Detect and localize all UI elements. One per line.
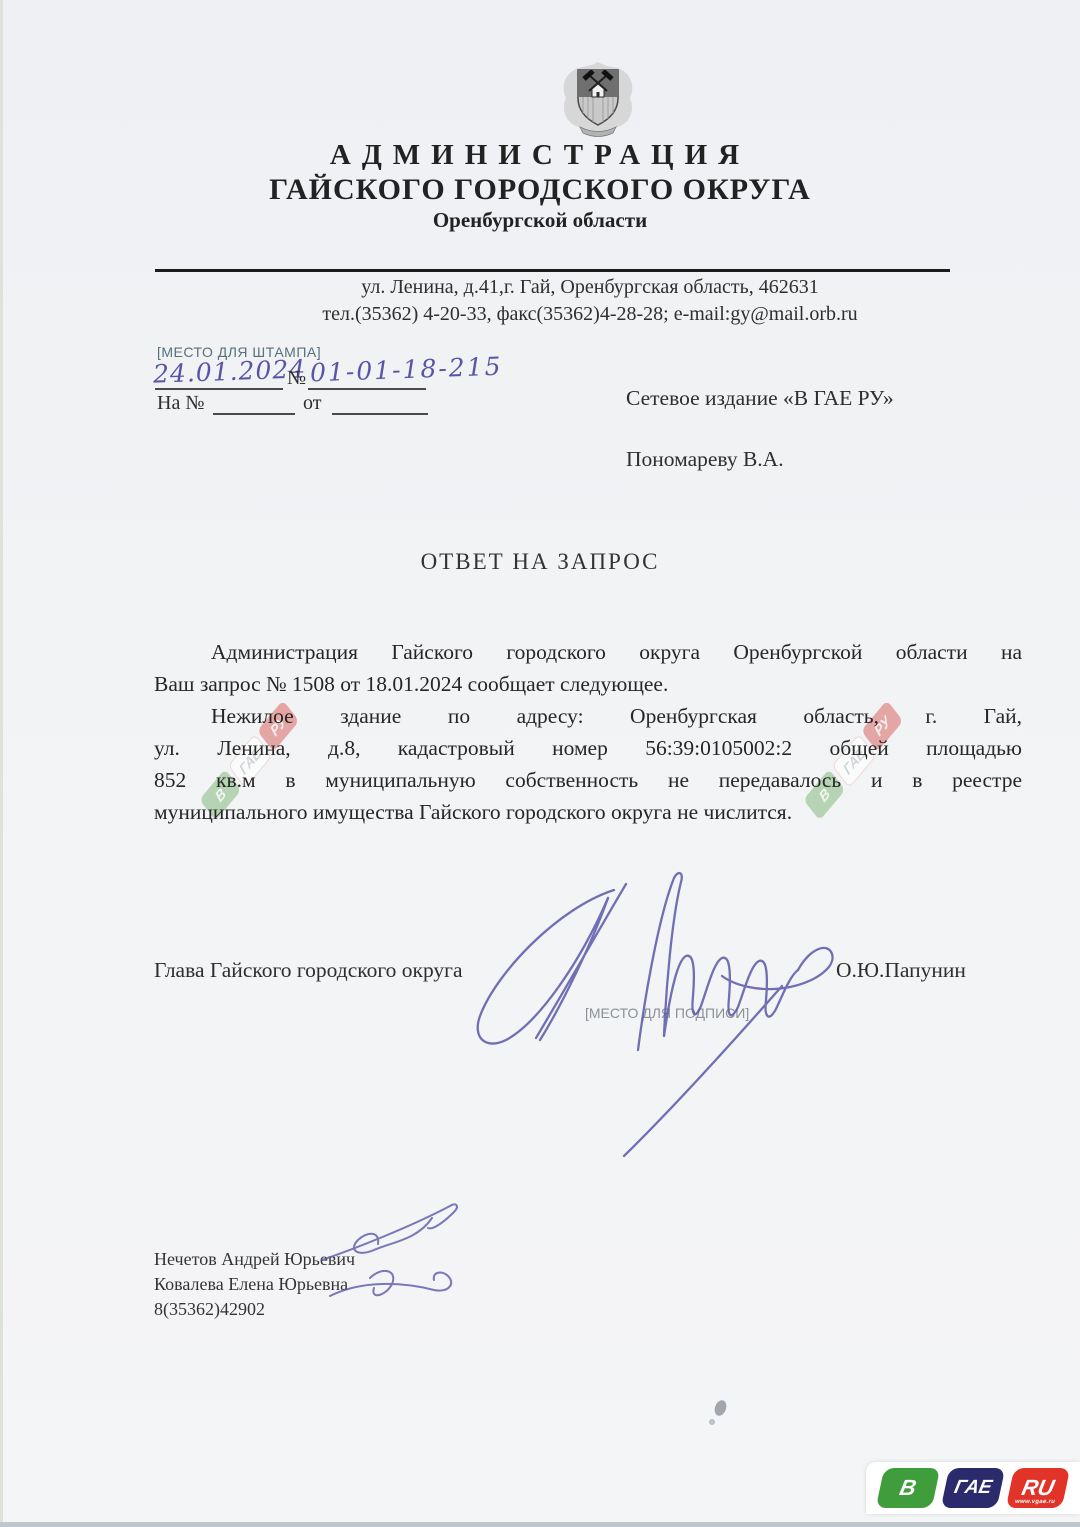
signer-name: О.Ю.Папунин (836, 958, 966, 983)
site-logo-block-ru: RU www.vgae.ru (1006, 1468, 1071, 1508)
recipient-person: Пономареву В.А. (626, 447, 784, 472)
body-paragraph1-line2: Ваш запрос № 1508 от 18.01.2024 сообщает… (154, 668, 1022, 700)
document-title: ОТВЕТ НА ЗАПРОС (0, 549, 1080, 575)
site-logo-ru-label: RU (1019, 1475, 1056, 1501)
scanned-letter-page: АДМИНИСТРАЦИЯ ГАЙСКОГО ГОРОДСКОГО ОКРУГА… (0, 0, 1080, 1527)
scan-speck (713, 1399, 729, 1418)
body-paragraph2-line1: Нежилое здание по адресу: Оренбургская о… (154, 700, 1022, 732)
recipient-organization: Сетевое издание «В ГАЕ РУ» (626, 386, 894, 411)
org-address: ул. Ленина, д.41,г. Гай, Оренбургская об… (100, 276, 1080, 299)
body-paragraph1-line1: Администрация Гайского городского округа… (154, 636, 1022, 668)
handwritten-outgoing-number: 01-01-18-215 (310, 352, 503, 388)
date-underline (155, 388, 283, 390)
org-region: Оренбургской области (0, 208, 1080, 233)
number-sign-label: № (287, 367, 306, 390)
reply-from-label: от (303, 392, 321, 415)
site-logo: В ГАЕ RU www.vgae.ru (866, 1462, 1080, 1514)
scan-edge-left (0, 0, 3, 1527)
scan-speck (709, 1419, 715, 1425)
letterhead-divider (155, 269, 950, 272)
body-paragraph2-line4: муниципального имущества Гайского городс… (154, 796, 1022, 828)
reply-to-number-label: На № (157, 392, 204, 415)
body-paragraph2-line3: 852 кв.м в муниципальную собственность н… (154, 764, 1022, 796)
signer-position: Глава Гайского городского округа (154, 958, 463, 983)
body-paragraph2-line2: ул. Ленина, д.8, кадастровый номер 56:39… (154, 732, 1022, 764)
coat-of-arms-icon (552, 58, 644, 140)
head-signature-icon (438, 866, 838, 1161)
reply-number-underline (213, 413, 295, 415)
site-logo-block-gae: ГАЕ (941, 1468, 1006, 1508)
site-logo-url: www.vgae.ru (1006, 1499, 1063, 1505)
number-underline (308, 388, 426, 390)
site-logo-block-v: В (876, 1468, 941, 1508)
org-name-line2: ГАЙСКОГО ГОРОДСКОГО ОКРУГА (0, 173, 1080, 207)
scan-edge-bottom (0, 1522, 1080, 1527)
org-name-line1: АДМИНИСТРАЦИЯ (0, 139, 1080, 172)
executor-signatures-icon (282, 1198, 492, 1318)
handwritten-date: 24.01.2024 (153, 354, 307, 388)
org-contacts: тел.(35362) 4-20-33, факс(35362)4-28-28;… (100, 303, 1080, 326)
reply-date-underline (332, 413, 428, 415)
